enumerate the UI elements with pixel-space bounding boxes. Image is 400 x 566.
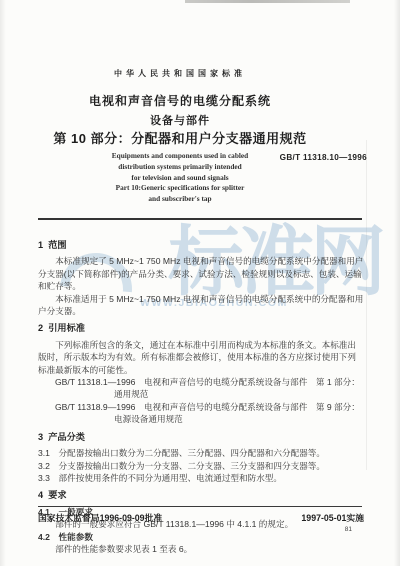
english-title-line1: Equipments and components used in cabled (70, 151, 290, 162)
document-title-line2: 设备与部件 (25, 112, 335, 128)
section-3-heading: 3 产品分类 (38, 431, 364, 443)
document-body: 1 范围 本标准规定了 5 MHz~1 750 MHz 电视和声音信号的电缆分配… (38, 234, 364, 555)
section-2-heading: 2 引用标准 (38, 322, 364, 334)
section-4-2-heading: 4.2 性能参数 (38, 531, 364, 543)
section-3-item-1: 3.1 分配器按输出口数分为二分配器、三分配器、四分配器和六分配器等。 (38, 447, 364, 459)
english-title-line2: distribution systems primarily intended (70, 162, 290, 173)
section-3-item-3: 3.3 部件按使用条件的不同分为通用型、电流通过型和防水型。 (38, 472, 364, 484)
scan-fold-line (366, 140, 367, 470)
referenced-standard-2: GB/T 11318.9—1996 电视和声音信号的电缆分配系统设备与部件 第 … (38, 401, 364, 426)
section-1-paragraph-2: 本标准适用于 5 MHz~1 750 MHz 电视和声音信号的电缆分配系统中的分… (38, 293, 364, 318)
section-3-item-2: 3.2 分支器按输出口数分为一分支器、二分支器、三分支器和四分支器等。 (38, 460, 364, 472)
scan-edge-right (394, 0, 400, 566)
section-2-paragraph-1: 下列标准所包含的条文，通过在本标准中引用而构成为本标准的条文。本标准出版时，所示… (38, 339, 364, 376)
section-4-2-text: 部件的性能参数要求见表 1 至表 6。 (38, 543, 364, 555)
header-divider (38, 218, 362, 220)
section-1-heading: 1 范围 (38, 239, 364, 251)
approval-note: 国家技术监督局1996-09-09批准 (38, 511, 162, 524)
english-title-line3: for television and sound signals (70, 173, 290, 184)
scan-edge-left (0, 0, 6, 566)
implementation-note: 1997-05-01实施 (301, 511, 364, 524)
section-1-paragraph-1: 本标准规定了 5 MHz~1 750 MHz 电视和声音信号的电缆分配系统中分配… (38, 255, 364, 292)
scanned-standard-page: 标准网 WWW.JBIAOZHUN.COM 中华人民共和国国家标准 电视和声音信… (0, 0, 400, 566)
english-title-line4: Part 10:Generic specifications for split… (70, 183, 290, 194)
national-standard-label: 中华人民共和国国家标准 (25, 68, 335, 79)
scan-smudge (185, 0, 350, 3)
referenced-standard-1: GB/T 11318.1—1996 电视和声音信号的电缆分配系统设备与部件 第 … (38, 376, 364, 401)
section-4-heading: 4 要求 (38, 489, 364, 501)
document-title-line3: 第 10 部分：分配器和用户分支器通用规范 (25, 128, 335, 147)
standard-number: GB/T 11318.10—1996 (280, 153, 367, 162)
document-title-line1: 电视和声音信号的电缆分配系统 (25, 92, 335, 109)
english-title-block: Equipments and components used in cabled… (70, 151, 290, 205)
page-number: 81 (345, 526, 352, 533)
footer-divider (38, 506, 362, 507)
english-title-line5: and subscriber's tap (70, 194, 290, 205)
